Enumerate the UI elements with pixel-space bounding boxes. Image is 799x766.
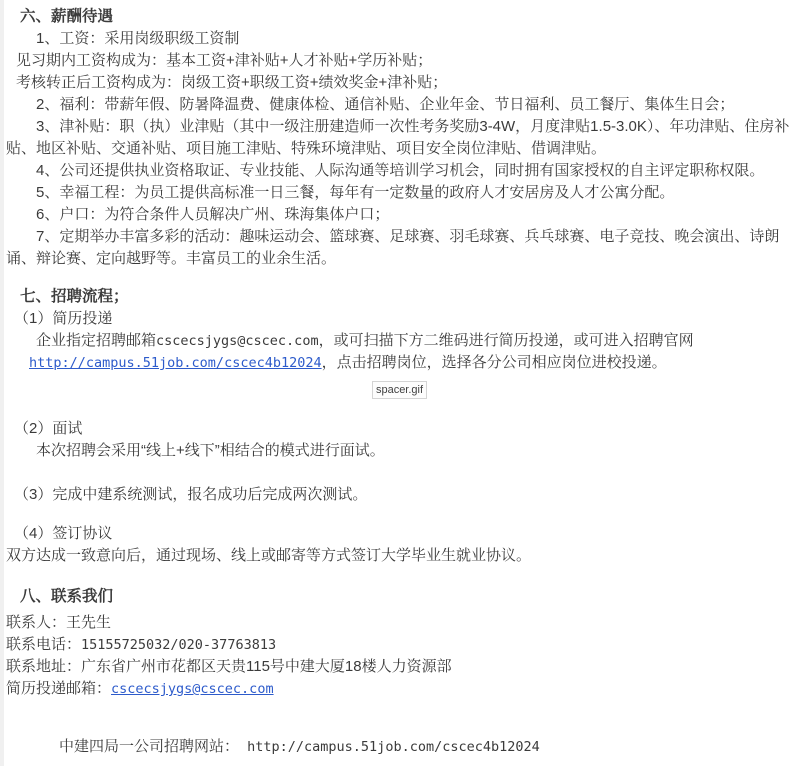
phone-value: 15155725032/020-37763813: [81, 637, 276, 653]
section6-heading: 六、薪酬待遇: [6, 6, 793, 28]
contact-email-line: 简历投递邮箱：cscecsjygs@cscec.com: [6, 678, 793, 700]
resume-email-label: 简历投递邮箱：: [6, 680, 111, 697]
campus-site-link[interactable]: http://campus.51job.com/cscec4b12024: [29, 355, 322, 371]
salary-item-7: 7、定期举办丰富多彩的活动：趣味运动会、篮球赛、足球赛、羽毛球赛、兵乓球赛、电子…: [6, 226, 793, 270]
salary-item-4: 4、公司还提供执业资格取证、专业技能、人际沟通等培训学习机会，同时拥有国家授权的…: [6, 160, 793, 182]
salary-item-1-detail-1: 见习期内工资构成为：基本工资+津补贴+人才补贴+学历补贴；: [6, 50, 793, 72]
contact-phone-line: 联系电话：15155725032/020-37763813: [6, 634, 793, 656]
broken-image-row: spacer.gif: [6, 378, 793, 400]
salary-item-1: 1、工资：采用岗级职级工资制: [6, 28, 793, 50]
recruit-email-text: cscecsjygs@cscec.com: [156, 333, 319, 349]
resume-email-link[interactable]: cscecsjygs@cscec.com: [111, 681, 274, 697]
salary-item-5: 5、幸福工程：为员工提供高标准一日三餐，每年有一定数量的政府人才安居房及人才公寓…: [6, 182, 793, 204]
spacer-broken-image: spacer.gif: [372, 381, 427, 399]
section7-heading: 七、招聘流程；: [6, 286, 793, 308]
step1-text-pre: 企业指定招聘邮箱: [36, 332, 156, 349]
section8-heading: 八、联系我们: [6, 586, 793, 608]
contact-name-line: 联系人：王先生: [6, 612, 793, 634]
document-body: 六、薪酬待遇 1、工资：采用岗级职级工资制 见习期内工资构成为：基本工资+津补贴…: [4, 0, 797, 758]
recruit-step-2-title: （2）面试: [6, 418, 793, 440]
salary-item-6: 6、户口：为符合条件人员解决广州、珠海集体户口；: [6, 204, 793, 226]
recruit-step-1-title: （1）简历投递: [6, 308, 793, 330]
footer-site-line: 中建四局一公司招聘网站： http://campus.51job.com/csc…: [6, 736, 793, 758]
phone-label: 联系电话：: [6, 636, 81, 653]
recruit-step-4-title: （4）签订协议: [6, 523, 793, 545]
salary-item-2: 2、福利：带薪年假、防暑降温费、健康体检、通信补贴、企业年金、节日福利、员工餐厅…: [6, 94, 793, 116]
salary-item-3: 3、津补贴：职（执）业津贴（其中一级注册建造师一次性考务奖励3-4W，月度津贴1…: [6, 116, 793, 160]
recruit-step-2-line-1: 本次招聘会采用“线上+线下”相结合的模式进行面试。: [6, 440, 793, 462]
recruit-step-4-line-1: 双方达成一致意向后，通过现场、线上或邮寄等方式签订大学毕业生就业协议。: [6, 545, 793, 567]
contact-address-line: 联系地址：广东省广州市花都区天贵115号中建大厦18楼人力资源部: [6, 656, 793, 678]
recruit-step-1-line-2: http://campus.51job.com/cscec4b12024，点击招…: [6, 352, 793, 374]
step1-text-post: ，或可扫描下方二维码进行简历投递，或可进入招聘官网: [319, 332, 694, 349]
salary-item-1-detail-2: 考核转正后工资构成为：岗级工资+职级工资+绩效奖金+津补贴；: [6, 72, 793, 94]
recruit-step-3-title: （3）完成中建系统测试，报名成功后完成两次测试。: [6, 484, 793, 506]
document-page: { "page": { "text_color": "#3b3b3b", "li…: [0, 0, 799, 766]
recruit-step-1-line-1: 企业指定招聘邮箱cscecsjygs@cscec.com，或可扫描下方二维码进行…: [6, 330, 793, 352]
step1-link-post: ，点击招聘岗位，选择各分公司相应岗位进校投递。: [322, 354, 667, 371]
footer-site-url: http://campus.51job.com/cscec4b12024: [239, 739, 540, 755]
footer-site-label: 中建四局一公司招聘网站：: [59, 738, 239, 755]
